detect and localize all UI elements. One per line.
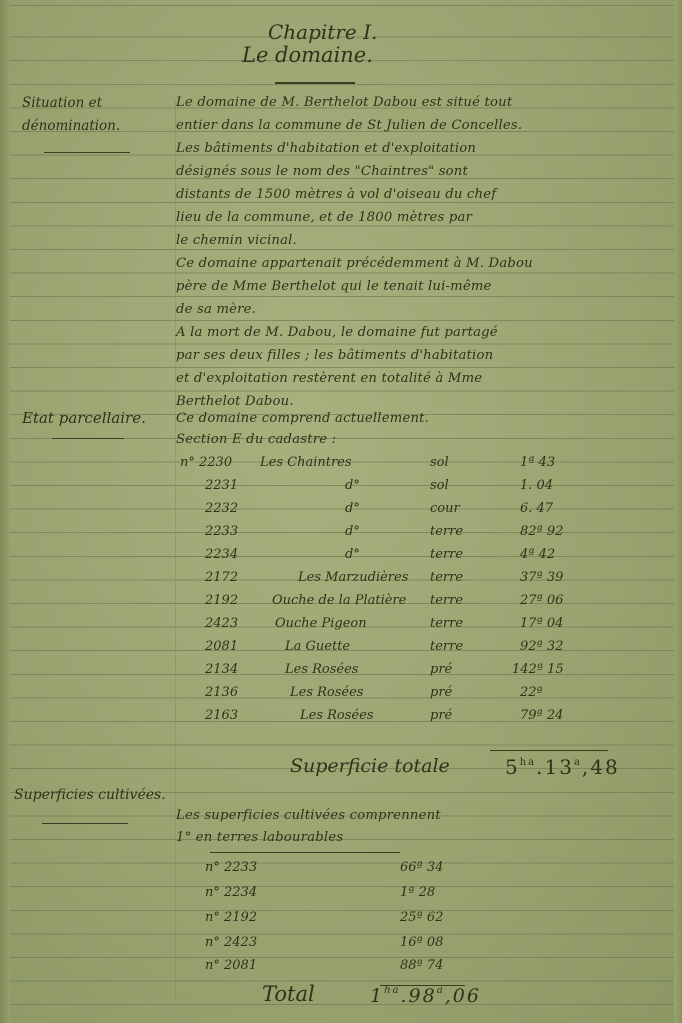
parcel-type: terre [430,616,463,631]
margin-rule-cultivees [42,823,128,824]
parcel-name: Les Rosées [300,708,373,723]
parcel-type: cour [430,501,460,516]
cultivated-num: n° 2423 [205,935,257,950]
text-line: entier dans la commune de St Julien de C… [176,118,522,133]
unit-a: a [437,985,445,996]
total-ca: 48 [590,755,619,779]
cultivated-total-label: Total [262,982,315,1006]
text-line: par ses deux filles ; les bâtiments d'ha… [176,348,493,363]
parcel-type: sol [430,478,449,493]
cultivated-total-ca: 06 [453,985,481,1007]
parcel-num: 2232 [205,501,238,516]
text-line: lieu de la commune, et de 1800 mètres pa… [176,210,472,225]
total-a: 13 [545,755,574,779]
parcel-num: n° 2230 [180,455,232,470]
cultivated-num: n° 2081 [205,958,257,973]
parcel-num: 2192 [205,593,238,608]
parcel-name: La Guette [285,639,350,654]
parcel-num: 2233 [205,524,238,539]
parcel-name: d° [345,547,360,562]
parcel-area: 6. 47 [520,501,553,516]
margin-label-situation-2: dénomination. [22,118,120,134]
parcel-area: 79ª 24 [520,708,563,723]
total-surface-label: Superficie totale [290,755,450,777]
text-line: père de Mme Berthelot qui le tenait lui-… [176,279,492,294]
chapter-heading: Chapitre I. [268,20,377,44]
parcel-type: terre [430,524,463,539]
cultivated-num: n° 2192 [205,910,257,925]
parcel-name: d° [345,478,360,493]
etat-intro: Ce domaine comprend actuellement. [176,411,429,426]
margin-rule-situation [44,152,130,153]
text-line: et d'exploitation restèrent en totalité … [176,371,482,386]
parcel-type: pré [430,708,452,723]
parcel-area: 1. 04 [520,478,553,493]
parcel-area: 142ª 15 [512,662,564,677]
ruled-page: Chapitre I. Le domaine. Situation et dén… [0,0,682,1023]
unit-ha: ha [520,757,536,768]
parcel-name: Les Rosées [290,685,363,700]
cultivated-area: 25ª 62 [400,910,443,925]
subheading-underline [210,852,400,853]
cultivated-area: 1ª 28 [400,885,435,900]
text-line: désignés sous le nom des "Chaintres" son… [176,164,468,179]
parcel-type: terre [430,639,463,654]
parcel-num: 2231 [205,478,238,493]
unit-a: a [574,757,582,768]
parcel-type: pré [430,662,452,677]
cultivated-area: 88ª 74 [400,958,443,973]
cultivated-total-value: 1ha.98a,06 [370,985,481,1007]
text-line: A la mort de M. Dabou, le domaine fut pa… [176,325,498,340]
cadastre-section: Section E du cadastre : [176,432,336,447]
parcel-name: Les Chaintres [260,455,352,470]
parcel-area: 22ª [520,685,543,700]
parcel-area: 4ª 42 [520,547,555,562]
text-line: de sa mère. [176,302,256,317]
text-line: Les bâtiments d'habitation et d'exploita… [176,141,476,156]
parcel-area: 17ª 04 [520,616,563,631]
parcel-num: 2172 [205,570,238,585]
parcel-name: Les Marzudières [298,570,408,585]
text-line: Berthelot Dabou. [176,394,294,409]
parcel-type: pré [430,685,452,700]
cultivees-subheading: 1° en terres labourables [176,830,343,845]
page-title: Le domaine. [242,43,373,67]
unit-ha: ha [384,985,400,996]
parcel-type: terre [430,593,463,608]
total-surface-value: 5ha.13a,48 [505,755,620,779]
parcel-type: sol [430,455,449,470]
text-line: distants de 1500 mètres à vol d'oiseau d… [176,187,496,202]
title-underline [275,82,355,84]
margin-label-etat: Etat parcellaire. [22,409,146,427]
parcel-area: 82ª 92 [520,524,563,539]
page-right-edge [674,0,682,1023]
parcel-name: d° [345,524,360,539]
parcel-num: 2081 [205,639,238,654]
parcel-num: 2134 [205,662,238,677]
parcel-area: 37ª 39 [520,570,563,585]
parcel-area: 92ª 32 [520,639,563,654]
parcel-num: 2163 [205,708,238,723]
parcel-name: d° [345,501,360,516]
parcel-name: Ouche de la Platière [272,593,406,608]
text-line: le chemin vicinal. [176,233,297,248]
parcel-type: terre [430,547,463,562]
parcel-area: 1ª 43 [520,455,555,470]
parcel-num: 2136 [205,685,238,700]
cultivated-area: 16ª 08 [400,935,443,950]
page-left-edge [0,0,10,1023]
cultivated-total-ha: 1 [370,985,384,1007]
margin-label-cultivees: Superficies cultivées. [14,787,166,803]
margin-label-situation-1: Situation et [22,95,102,111]
cultivated-num: n° 2234 [205,885,257,900]
margin-rule-etat [52,438,124,439]
text-line: Ce domaine appartenait précédemment à M.… [176,256,533,271]
parcel-num: 2423 [205,616,238,631]
total-ha: 5 [505,755,520,779]
cultivated-total-a: 98 [409,985,437,1007]
cultivees-intro: Les superficies cultivées comprennent [176,808,441,823]
parcel-area: 27ª 06 [520,593,563,608]
cultivated-num: n° 2233 [205,860,257,875]
parcel-type: terre [430,570,463,585]
parcel-num: 2234 [205,547,238,562]
total-overline [490,750,608,751]
parcel-name: Ouche Pigeon [275,616,367,631]
cultivated-area: 66ª 34 [400,860,443,875]
text-line: Le domaine de M. Berthelot Dabou est sit… [176,95,512,110]
parcel-name: Les Rosées [285,662,358,677]
